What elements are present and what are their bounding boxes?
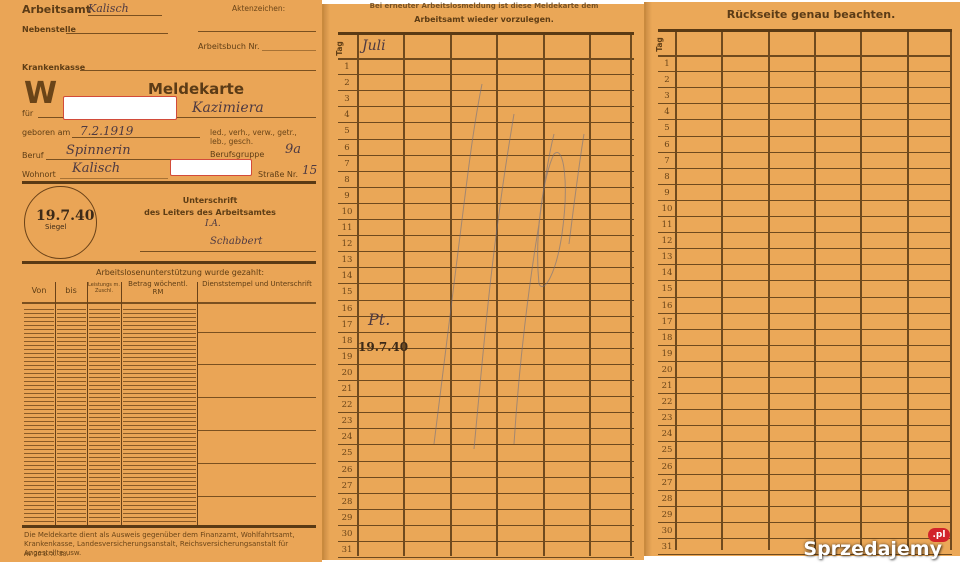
day-row-line — [658, 490, 952, 491]
day-row-line — [338, 509, 634, 510]
day-number: 19 — [658, 349, 676, 359]
redacted-street — [170, 159, 252, 176]
day-row-line — [658, 425, 952, 426]
day-number: 17 — [658, 317, 676, 327]
day-number: 11 — [658, 220, 676, 230]
grid-column-line — [907, 32, 909, 550]
day-number: 22 — [658, 397, 676, 407]
day-number: 9 — [338, 191, 356, 201]
fuer-label: für — [22, 109, 33, 118]
day-number: 21 — [338, 384, 356, 394]
day-number: 8 — [658, 172, 676, 182]
day-number: 24 — [338, 432, 356, 442]
day-number: 4 — [658, 107, 676, 117]
signature-label-1: Unterschrift — [140, 196, 280, 205]
day-number: 15 — [338, 287, 356, 297]
payment-col-von: Von — [24, 287, 54, 296]
right-panel: Rückseite genau beachten. 12345678910111… — [644, 2, 960, 556]
signature-name: Schabbert — [210, 236, 262, 247]
official-stamp: 19.7.40 Siegel — [24, 186, 97, 259]
day-row-line — [658, 409, 952, 410]
grid-header-line — [338, 58, 634, 60]
day-number: 30 — [658, 526, 676, 536]
day-row-line — [658, 522, 952, 523]
wohnort-label: Wohnort — [22, 170, 56, 179]
day-row-line — [658, 103, 952, 104]
day-number: 6 — [338, 143, 356, 153]
grid-column-line — [860, 32, 862, 550]
day-row-line — [338, 477, 634, 478]
mid-tag-label: Tag — [335, 41, 344, 56]
day-number: 23 — [338, 416, 356, 426]
mid-stamp-date: 19.7.40 — [358, 340, 408, 354]
day-row-line — [658, 200, 952, 201]
day-row-line — [658, 136, 952, 137]
day-row-line — [658, 361, 952, 362]
day-number: 1 — [338, 62, 356, 72]
day-number: 16 — [658, 301, 676, 311]
day-number: 12 — [658, 236, 676, 246]
day-row-line — [658, 248, 952, 249]
day-number: 24 — [658, 429, 676, 439]
day-number: 7 — [658, 156, 676, 166]
day-number: 18 — [338, 336, 356, 346]
day-number: 13 — [658, 252, 676, 262]
strasse-label: Straße Nr. — [258, 170, 298, 179]
day-row-line — [658, 441, 952, 442]
fuer-value: Kazimiera — [192, 100, 264, 116]
day-row-line — [338, 557, 634, 558]
day-number: 13 — [338, 255, 356, 265]
mid-stamp-initials: Pt. — [368, 310, 390, 329]
day-number: 5 — [658, 123, 676, 133]
day-number: 21 — [658, 381, 676, 391]
arbeitsamt-value: Kalisch — [88, 2, 129, 15]
payment-col-bis: bis — [56, 287, 86, 296]
right-tag-label: Tag — [655, 37, 664, 52]
day-number: 25 — [338, 448, 356, 458]
day-row-line — [658, 474, 952, 475]
left-panel: Arbeitsamt Kalisch Aktenzeichen: Nebenst… — [0, 0, 322, 562]
middle-panel: Bei erneuter Arbeitslosmeldung ist diese… — [322, 4, 644, 560]
day-number: 12 — [338, 239, 356, 249]
day-number: 4 — [338, 110, 356, 120]
day-number: 14 — [338, 271, 356, 281]
day-number: 19 — [338, 352, 356, 362]
day-number: 31 — [658, 542, 676, 552]
day-number: 14 — [658, 268, 676, 278]
day-number: 17 — [338, 320, 356, 330]
grid-column-line — [814, 32, 816, 550]
day-row-line — [658, 313, 952, 314]
grid-column-line — [721, 32, 723, 550]
day-number: 10 — [658, 204, 676, 214]
day-row-line — [658, 458, 952, 459]
payment-rows-zuschl — [89, 306, 120, 524]
signature-label-2: des Leiters des Arbeitsamtes — [140, 208, 280, 217]
day-row-line — [658, 329, 952, 330]
day-row-line — [338, 493, 634, 494]
day-number: 6 — [658, 140, 676, 150]
form-code: AV 20 b. X. 38. — [24, 551, 68, 558]
day-number: 16 — [338, 304, 356, 314]
day-number: 20 — [658, 365, 676, 375]
redacted-name — [63, 96, 177, 120]
day-number: 30 — [338, 529, 356, 539]
signature-ia: I.A. — [205, 219, 221, 229]
day-number: 3 — [338, 94, 356, 104]
day-number: 31 — [338, 545, 356, 555]
day-number: 29 — [658, 510, 676, 520]
berufsgruppe-value: 9a — [285, 142, 301, 157]
wohnort-value: Kalisch — [72, 161, 120, 176]
mid-header-1: Bei erneuter Arbeitslosmeldung ist diese… — [334, 2, 634, 10]
day-number: 28 — [338, 497, 356, 507]
day-row-line — [658, 377, 952, 378]
day-number: 25 — [658, 445, 676, 455]
day-row-line — [658, 216, 952, 217]
day-number: 9 — [658, 188, 676, 198]
day-row-line — [658, 184, 952, 185]
geboren-value: 7.2.1919 — [80, 124, 133, 138]
stamp-date: 19.7.40 — [36, 208, 94, 224]
day-row-line — [658, 264, 952, 265]
day-number: 23 — [658, 413, 676, 423]
day-row-line — [658, 87, 952, 88]
day-row-line — [658, 168, 952, 169]
day-row-line — [658, 232, 952, 233]
day-number: 7 — [338, 159, 356, 169]
berufsgruppe-label: Berufsgruppe — [210, 150, 264, 159]
day-row-line — [338, 525, 634, 526]
day-row-line — [658, 280, 952, 281]
watermark-text: Sprzedajemy — [803, 538, 942, 560]
day-number: 29 — [338, 513, 356, 523]
day-number: 2 — [658, 75, 676, 85]
beruf-label: Beruf — [22, 151, 44, 160]
arbeitsamt-label: Arbeitsamt — [22, 3, 91, 16]
day-number: 8 — [338, 175, 356, 185]
day-row-line — [658, 119, 952, 120]
grid-header-line — [658, 55, 952, 57]
grid-column-line — [630, 35, 632, 556]
stamp-sub: Siegel — [45, 223, 66, 231]
day-row-line — [338, 541, 634, 542]
day-number: 28 — [658, 494, 676, 504]
grid-column-line — [357, 35, 359, 556]
right-day-grid: 1234567891011121314151617181920212223242… — [658, 32, 952, 550]
day-number: 18 — [658, 333, 676, 343]
grid-column-line — [768, 32, 770, 550]
watermark-badge: .pl — [928, 528, 950, 542]
right-header: Rückseite genau beachten. — [666, 8, 956, 21]
day-number: 22 — [338, 400, 356, 410]
pencil-annotation — [404, 64, 604, 464]
letter-mark: W — [24, 76, 57, 111]
day-number: 26 — [658, 462, 676, 472]
day-number: 1 — [658, 59, 676, 69]
day-row-line — [658, 71, 952, 72]
day-number: 3 — [658, 91, 676, 101]
payment-title: Arbeitslosenunterstützung wurde gezahlt: — [60, 268, 300, 277]
grid-column-line — [950, 32, 952, 550]
day-number: 27 — [338, 481, 356, 491]
payment-rows-von — [24, 306, 54, 524]
day-number: 5 — [338, 126, 356, 136]
aktenzeichen-label: Aktenzeichen: — [232, 4, 285, 13]
day-number: 20 — [338, 368, 356, 378]
day-row-line — [658, 506, 952, 507]
mid-month-label: Juli — [362, 38, 386, 54]
arbeitsbuch-label: Arbeitsbuch Nr. — [198, 42, 260, 51]
day-number: 11 — [338, 223, 356, 233]
payment-col-stempel: Dienststempel und Unterschrift — [200, 281, 314, 289]
day-row-line — [658, 393, 952, 394]
day-number: 10 — [338, 207, 356, 217]
payment-col-zuschl: Leistungs m. Zuschl. — [88, 283, 120, 294]
beruf-value: Spinnerin — [66, 143, 131, 158]
day-row-line — [658, 345, 952, 346]
day-number: 15 — [658, 284, 676, 294]
payment-rows-bis — [57, 306, 86, 524]
strasse-value: 15 — [302, 163, 317, 177]
geboren-label: geboren am — [22, 128, 70, 137]
krankenkasse-label: Krankenkasse — [22, 63, 85, 72]
day-row-line — [658, 297, 952, 298]
day-row-line — [658, 152, 952, 153]
day-number: 26 — [338, 465, 356, 475]
day-number: 2 — [338, 78, 356, 88]
day-number: 27 — [658, 478, 676, 488]
mid-header-2: Arbeitsamt wieder vorzulegen. — [334, 15, 634, 24]
payment-col-betrag: Betrag wöchentl. RM — [122, 281, 194, 296]
payment-rows-betrag — [123, 306, 196, 524]
